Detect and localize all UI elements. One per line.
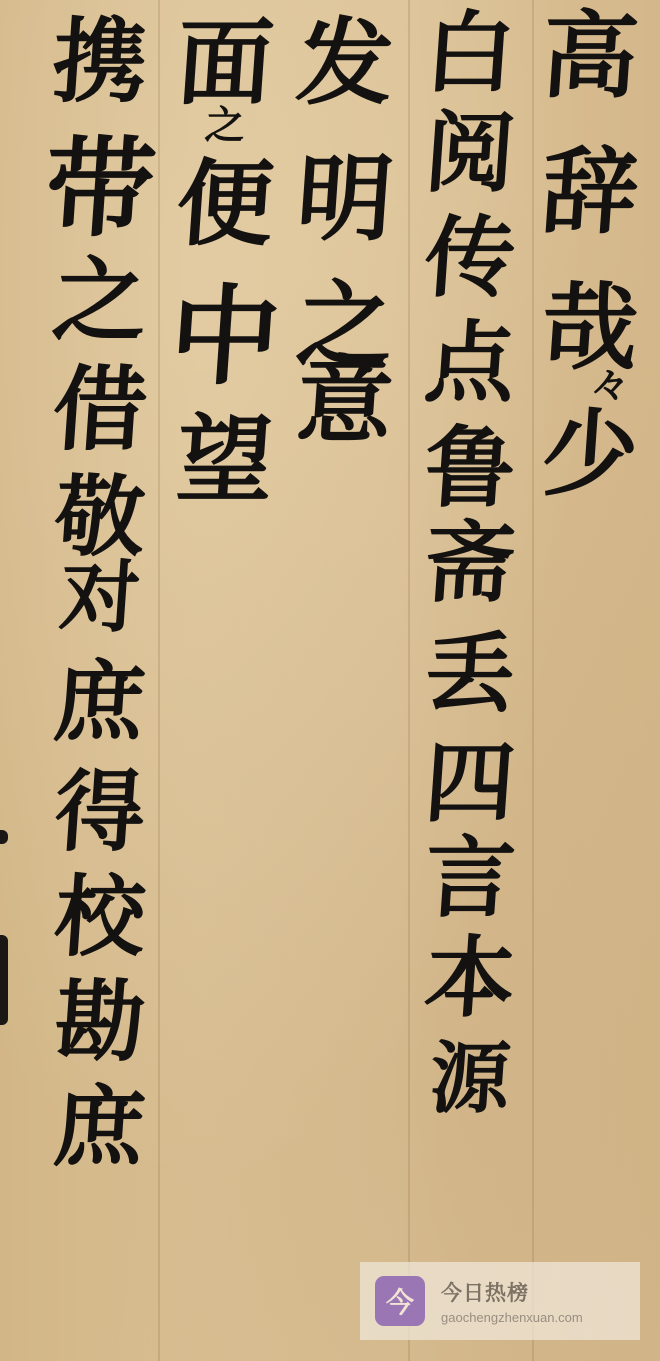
ink-edge-mark	[0, 935, 8, 1025]
calligraphy-character: 斋	[422, 519, 518, 607]
calligraphy-character: 高	[539, 9, 642, 103]
calligraphy-character: 哉	[539, 281, 642, 375]
watermark-badge: 今 今日热榜 gaochengzhenxuan.com	[360, 1262, 640, 1340]
calligraphy-character: 意	[294, 354, 397, 448]
calligraphy-character: 带	[41, 135, 159, 243]
watermark-url: gaochengzhenxuan.com	[441, 1310, 583, 1325]
calligraphy-character: 四	[422, 739, 518, 827]
calligraphy-character: 中	[166, 283, 284, 391]
calligraphy-character: 携	[50, 16, 150, 108]
calligraphy-column-5: 携 带 之 借 敬 对 庶 得 校 勘 庶	[40, 0, 160, 1172]
calligraphy-character: 明	[294, 152, 397, 246]
calligraphy-column-1: 高 辞 哉 々 少	[530, 0, 650, 502]
calligraphy-character: 发	[294, 16, 397, 110]
calligraphy-character: 之	[50, 255, 150, 347]
calligraphy-character: 敬	[52, 473, 148, 561]
calligraphy-character: 望	[174, 413, 277, 507]
watermark-text: 今日热榜 gaochengzhenxuan.com	[441, 1277, 583, 1325]
calligraphy-character: 白	[422, 9, 518, 97]
calligraphy-character: 之	[204, 106, 247, 145]
calligraphy-character: 少	[539, 407, 642, 501]
calligraphy-column-2: 白 阅 传 点 鲁 斋 丢 四 言 本 源	[410, 0, 530, 1118]
calligraphy-character: 源	[427, 1039, 512, 1117]
calligraphy-character: 面	[174, 16, 277, 110]
calligraphy-character: 便	[174, 157, 277, 251]
app-logo-icon: 今	[375, 1276, 425, 1326]
calligraphy-character: 阅	[422, 109, 518, 197]
calligraphy-character: 鲁	[422, 424, 518, 512]
calligraphy-character: 庶	[52, 658, 148, 746]
watermark-title: 今日热榜	[441, 1277, 583, 1307]
calligraphy-column-3: 发 明 之 意	[285, 0, 405, 449]
calligraphy-character: 本	[422, 934, 518, 1022]
calligraphy-character: 校	[52, 873, 148, 961]
calligraphy-character: 辞	[539, 145, 642, 239]
calligraphy-character: 丢	[422, 629, 518, 717]
calligraphy-character: 对	[57, 558, 142, 636]
calligraphy-character: 得	[52, 768, 148, 856]
calligraphy-character: 点	[422, 319, 518, 407]
calligraphy-character: 庶	[52, 1083, 148, 1171]
calligraphy-character: 传	[422, 214, 518, 302]
calligraphy-character: 勘	[52, 978, 148, 1066]
calligraphy-character: 言	[422, 834, 518, 922]
calligraphy-column-4: 面 之 便 中 望	[165, 0, 285, 508]
calligraphy-character: 借	[50, 364, 150, 456]
